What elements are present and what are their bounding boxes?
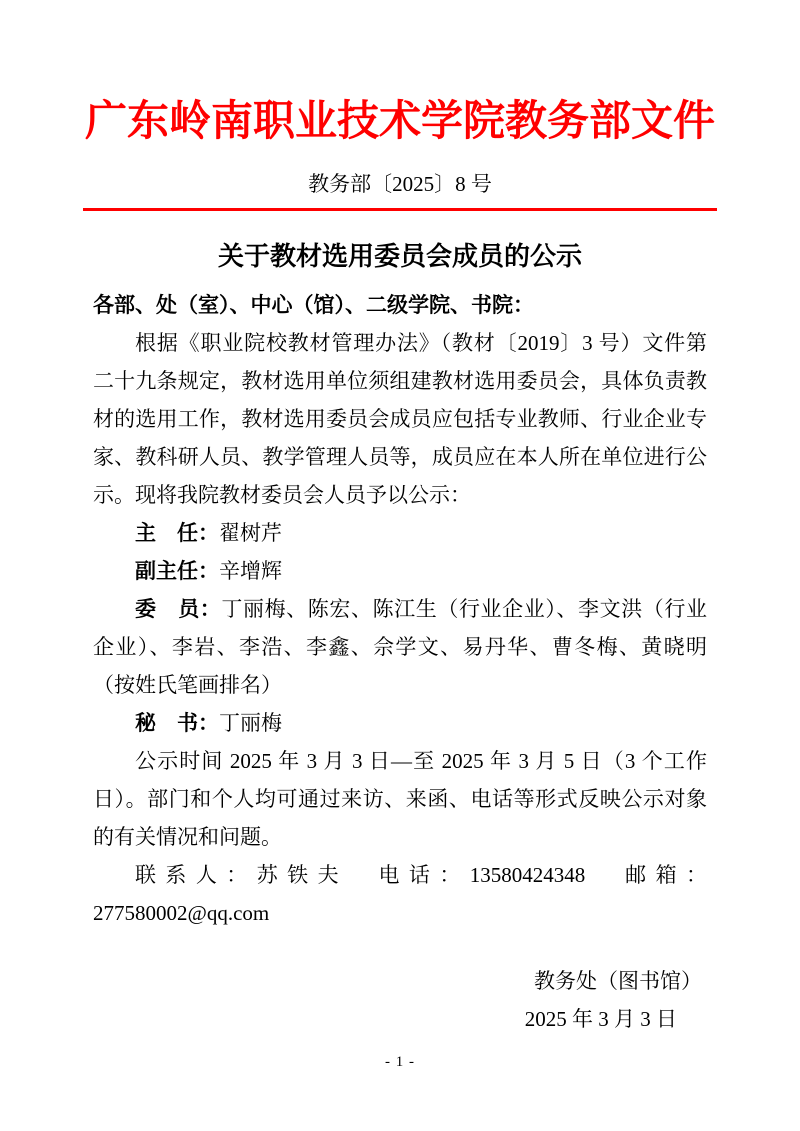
signature-date: 2025 年 3 月 3 日 xyxy=(93,1000,707,1038)
letterhead-title: 广东岭南职业技术学院教务部文件 xyxy=(0,96,800,148)
salutation-line: 各部、处（室）、中心（馆）、二级学院、书院： xyxy=(93,286,707,324)
role-line-members: 委 员：丁丽梅、陈宏、陈江生（行业企业）、李文洪（行业企业）、李岩、李浩、李鑫、… xyxy=(93,590,707,704)
letterhead: 广东岭南职业技术学院教务部文件 教务部〔2025〕8 号 xyxy=(0,0,800,211)
role-value-secretary: 丁丽梅 xyxy=(219,711,282,735)
body-text: 各部、处（室）、中心（馆）、二级学院、书院： 根据《职业院校教材管理办法》（教材… xyxy=(93,286,707,932)
role-label-deputy-director: 副主任： xyxy=(135,559,219,583)
signature-block: 教务处（图书馆） 2025 年 3 月 3 日 xyxy=(93,962,707,1038)
signature-department: 教务处（图书馆） xyxy=(93,962,707,1000)
document-number: 教务部〔2025〕8 号 xyxy=(0,169,800,199)
page-number: - 1 - xyxy=(0,1054,800,1071)
role-value-director: 翟树芹 xyxy=(219,521,282,545)
role-label-members: 委 员： xyxy=(135,597,221,621)
red-divider-line xyxy=(83,208,717,211)
intro-paragraph: 根据《职业院校教材管理办法》（教材〔2019〕3 号）文件第二十九条规定，教材选… xyxy=(93,324,707,514)
role-value-deputy-director: 辛增辉 xyxy=(219,559,282,583)
role-label-director: 主 任： xyxy=(135,521,219,545)
role-line-secretary: 秘 书：丁丽梅 xyxy=(93,704,707,742)
role-line-director: 主 任：翟树芹 xyxy=(93,514,707,552)
publicity-period-paragraph: 公示时间 2025 年 3 月 3 日—至 2025 年 3 月 5 日（3 个… xyxy=(93,742,707,856)
document-page: 广东岭南职业技术学院教务部文件 教务部〔2025〕8 号 关于教材选用委员会成员… xyxy=(0,0,800,1131)
contact-line: 联系人：苏铁夫 电话：13580424348 邮箱：277580002@qq.c… xyxy=(93,856,707,932)
document-title: 关于教材选用委员会成员的公示 xyxy=(93,239,707,275)
role-label-secretary: 秘 书： xyxy=(135,711,219,735)
document-body: 关于教材选用委员会成员的公示 各部、处（室）、中心（馆）、二级学院、书院： 根据… xyxy=(93,239,707,1038)
role-line-deputy-director: 副主任：辛增辉 xyxy=(93,552,707,590)
